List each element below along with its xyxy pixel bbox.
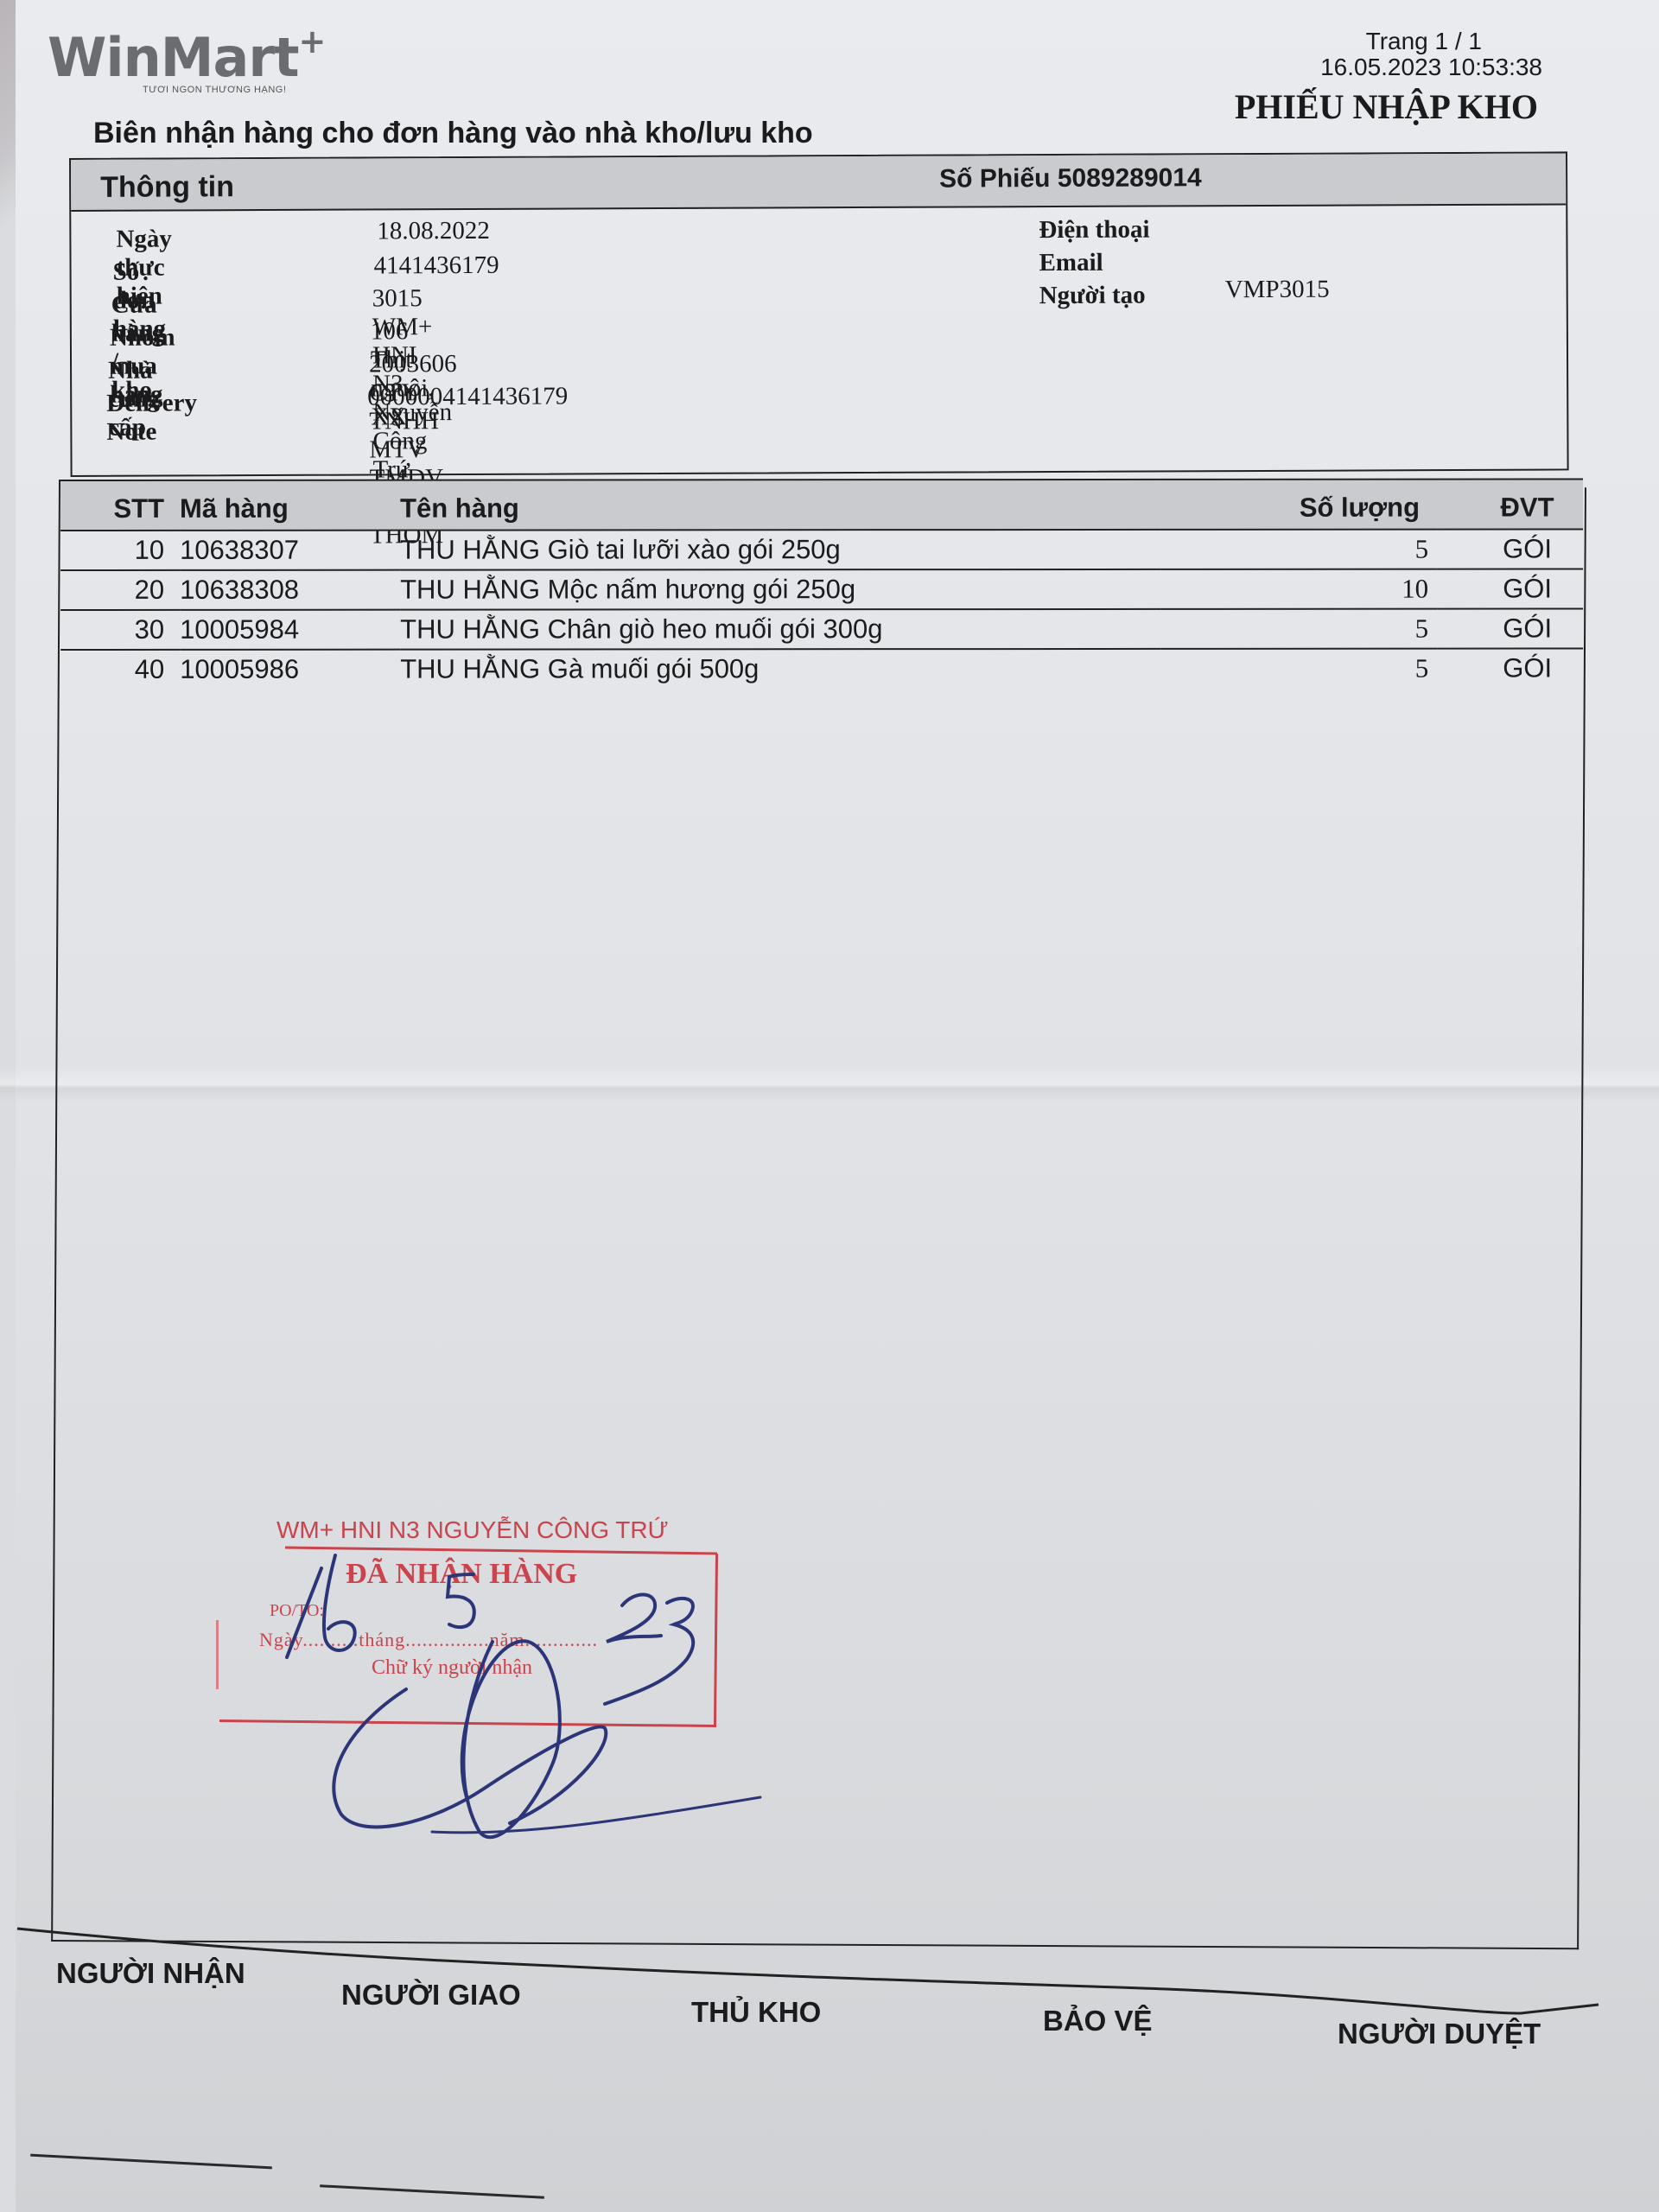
signature-receiver-label: NGƯỜI NHẬN (56, 1957, 245, 1990)
signature-storekeeper-label: THỦ KHO (691, 1996, 821, 2029)
signature-security-label: BẢO VỆ (1043, 2005, 1153, 2037)
signature-deliverer-label: NGƯỜI GIAO (341, 1979, 521, 2012)
signature-approver-label: NGƯỜI DUYỆT (1338, 2018, 1541, 2050)
handwriting-signature (0, 0, 1659, 2212)
table-bottom-border (0, 1918, 1659, 2022)
